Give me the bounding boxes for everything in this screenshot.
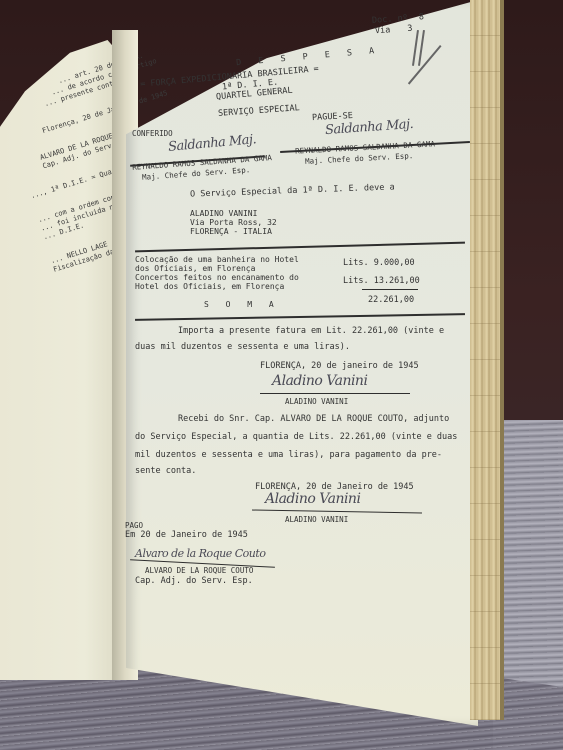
table-bottom-rule (135, 313, 465, 320)
debt-statement: O Serviço Especial da 1ª D. I. E. deve a (190, 182, 395, 200)
table-top-rule (135, 242, 465, 252)
receipt-text-1: Recebi do Snr. Cap. ALVARO DE LA ROQUE C… (178, 414, 449, 425)
service-name: SERVIÇO ESPECIAL (218, 103, 300, 120)
invoice-text-1: Importa a presente fatura em Lit. 22.261… (178, 326, 444, 337)
signature-couto: Alvaro de la Roque Couto (135, 548, 265, 559)
via-number: Via 3 (375, 24, 413, 38)
paid-date: Em 20 de Janeiro de 1945 (125, 530, 248, 541)
signature-saldanha-1: Saldanha Maj. (168, 134, 257, 153)
signature-saldanha-2: Saldanha Maj. (325, 119, 414, 136)
conferido-label: CONFERIDO (132, 128, 173, 139)
pencil-mark-icon (412, 30, 418, 66)
paid-role: Cap. Adj. do Serv. Esp. (135, 576, 253, 587)
sum-rule (362, 289, 418, 290)
expense-document: Doc. nº 8 Via 3 D E S P E S A = FORÇA EX… (140, 0, 470, 720)
invoice-signer: ALADINO VANINI (285, 396, 348, 407)
sum-value: 22.261,00 (368, 295, 414, 306)
creditor-city: FLORENÇA - ITALIA (190, 226, 272, 237)
invoice-date: FLORENÇA, 20 de janeiro de 1945 (260, 361, 419, 372)
signature-line (252, 510, 422, 514)
signature-vanini-2: Aladino Vanini (265, 494, 360, 505)
paid-signer: ALVARO DE LA ROQUE COUTO (145, 565, 253, 576)
pencil-mark-icon (418, 30, 424, 66)
item-amount: Lits. 13.261,00 (343, 276, 420, 287)
receipt-text-2: do Serviço Especial, a quantia de Lits. … (135, 432, 457, 443)
invoice-text-2: duas mil duzentos e sessenta e uma liras… (135, 342, 350, 353)
page-edges (470, 0, 504, 720)
signature-vanini-1: Aladino Vanini (272, 376, 367, 387)
item-amount: Lits. 9.000,00 (343, 258, 415, 269)
signature-line (260, 393, 410, 394)
receipt-signer: ALADINO VANINI (285, 514, 348, 525)
sum-label: S O M A (204, 299, 280, 310)
receipt-text-3: mil duzentos e sessenta e uma liras), pa… (135, 450, 442, 461)
receipt-text-4: sente conta. (135, 466, 196, 477)
